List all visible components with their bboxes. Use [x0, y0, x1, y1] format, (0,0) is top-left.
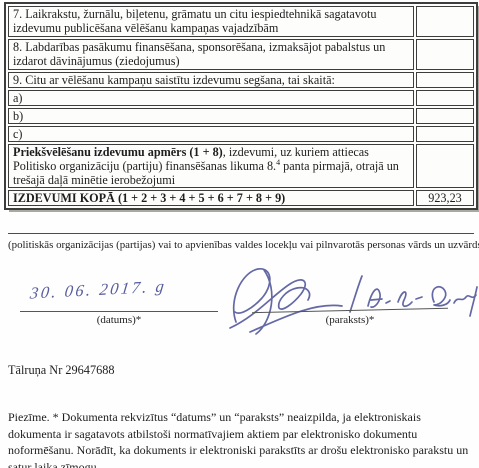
total-value: 923,23 — [416, 190, 474, 206]
row-8-value — [416, 39, 474, 70]
pre-election-value — [416, 144, 474, 188]
table-row-9c: c) — [8, 126, 474, 142]
table-row-pre-election: Priekšvēlēšanu izdevumu apmērs (1 + 8), … — [8, 144, 474, 188]
row-9-value — [416, 72, 474, 88]
row-7-value — [416, 6, 474, 37]
signature-section: 30. 06. 2017. g (datums)* (paraksts)* — [0, 260, 479, 342]
row-9c-label: c) — [8, 126, 414, 142]
footnote: Piezīme. * Dokumenta rekvizītus “datums”… — [8, 409, 476, 468]
name-caption-line: (politiskās organizācijas (partijas) vai… — [8, 233, 474, 251]
total-label: IZDEVUMI KOPĀ (1 + 2 + 3 + 4 + 5 + 6 + 7… — [8, 190, 414, 206]
signature-label: (paraksts)* — [252, 314, 448, 326]
handwritten-date: 30. 06. 2017. g — [29, 276, 168, 303]
pre-election-label: Priekšvēlēšanu izdevumu apmērs (1 + 8), … — [8, 144, 414, 188]
date-label: (datums)* — [20, 314, 218, 326]
row-9a-value — [416, 90, 474, 106]
row-7-label: 7. Laikrakstu, žurnālu, biļetenu, grāmat… — [8, 6, 414, 37]
row-9-label: 9. Citu ar vēlēšanu kampaņu saistītu izd… — [8, 72, 414, 88]
expense-table: 7. Laikrakstu, žurnālu, biļetenu, grāmat… — [4, 2, 478, 210]
table-row-8: 8. Labdarības pasākumu finansēšana, spon… — [8, 39, 474, 70]
row-9c-value — [416, 126, 474, 142]
table-row-total: IZDEVUMI KOPĀ (1 + 2 + 3 + 4 + 5 + 6 + 7… — [8, 190, 474, 206]
date-underline — [20, 311, 218, 312]
table-row-7: 7. Laikrakstu, žurnālu, biļetenu, grāmat… — [8, 6, 474, 37]
pre-election-bold-text: Priekšvēlēšanu izdevumu apmērs (1 + 8) — [13, 145, 223, 159]
table-row-9: 9. Citu ar vēlēšanu kampaņu saistītu izd… — [8, 72, 474, 88]
row-9b-value — [416, 108, 474, 124]
table-row-9b: b) — [8, 108, 474, 124]
row-9b-label: b) — [8, 108, 414, 124]
phone-number: Tālruņa Nr 29647688 — [8, 363, 115, 378]
row-9a-label: a) — [8, 90, 414, 106]
handwritten-signature-icon — [222, 260, 479, 338]
table-row-9a: a) — [8, 90, 474, 106]
row-8-label: 8. Labdarības pasākumu finansēšana, spon… — [8, 39, 414, 70]
scanned-expense-declaration-page: 7. Laikrakstu, žurnālu, biļetenu, grāmat… — [0, 0, 479, 468]
